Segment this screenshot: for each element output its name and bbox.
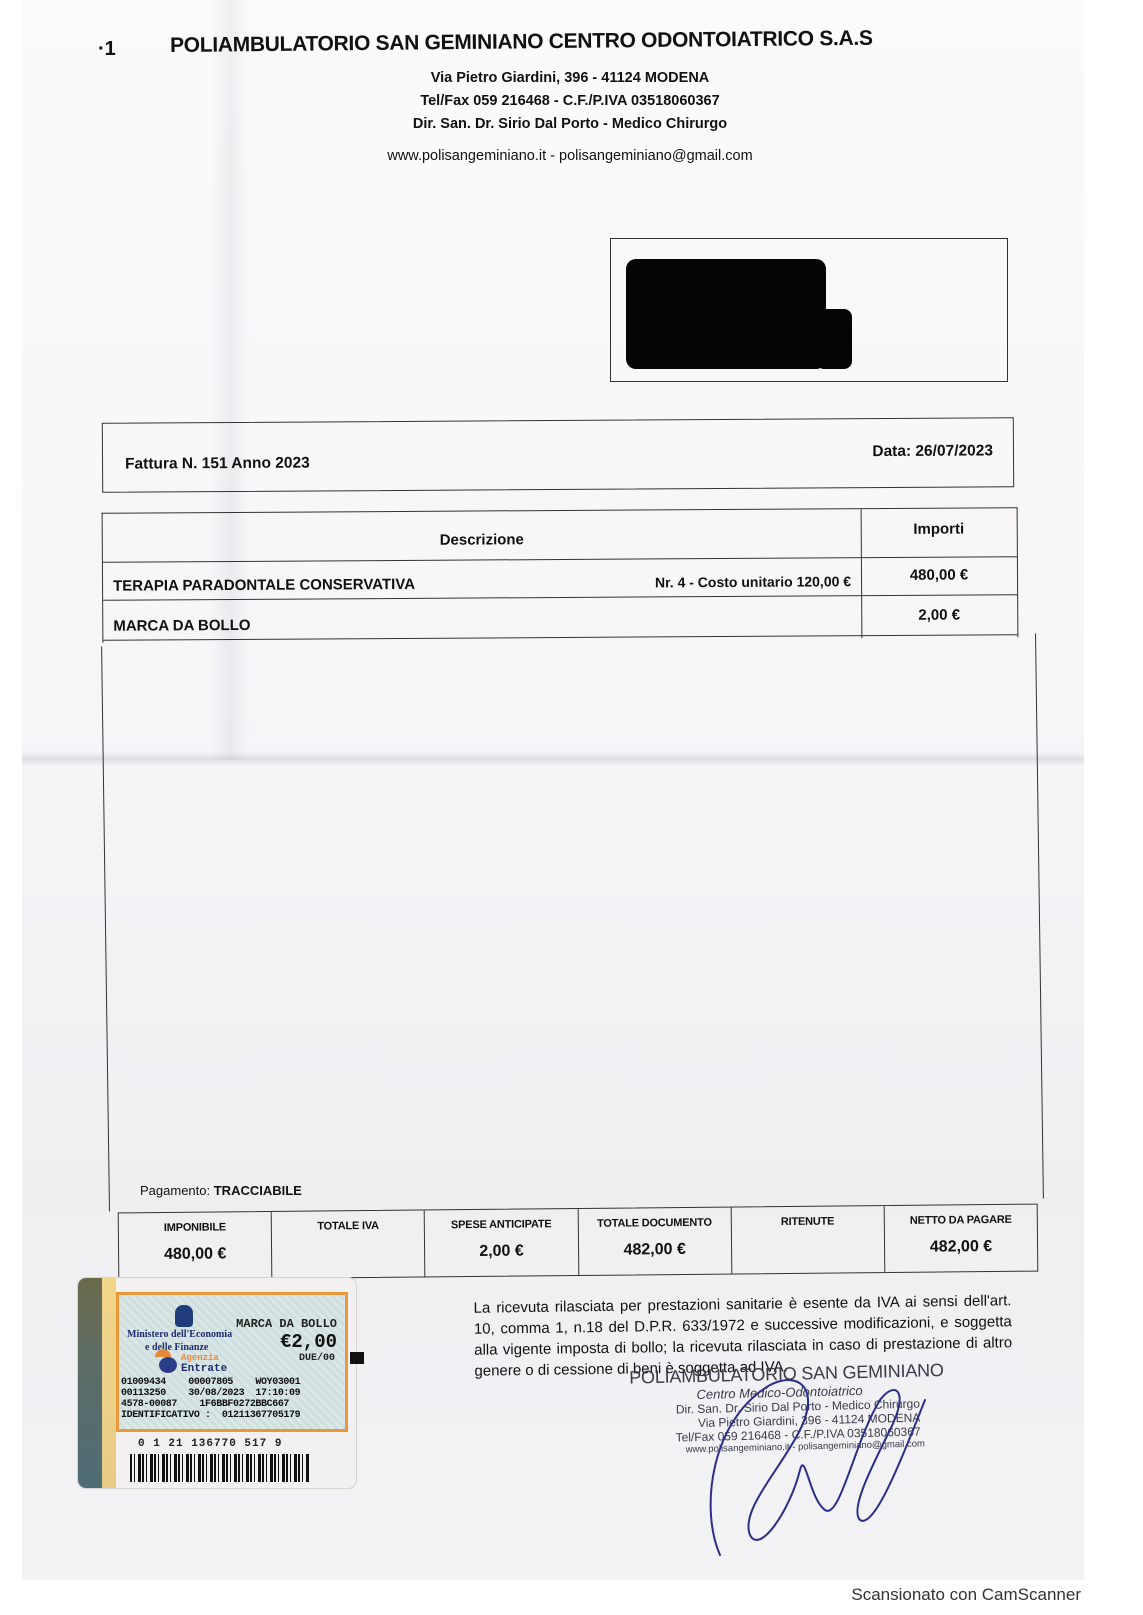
stamp-code-line: 4578-00087 1F6BBF0272BBC667 — [121, 1399, 345, 1410]
stamp-marker — [350, 1352, 364, 1364]
total-label: IMPONIBILE — [119, 1221, 271, 1234]
agenzia-entrate-logo-icon — [159, 1357, 177, 1373]
item-amount: 480,00 € — [861, 566, 1017, 584]
stamp-code-line: 01009434 00007805 WOY03001 — [121, 1377, 345, 1388]
stamp-code-line: IDENTIFICATIVO : 01211367705179 — [121, 1410, 345, 1421]
total-spese-anticipate: SPESE ANTICIPATE 2,00 € — [424, 1209, 578, 1276]
row-divider — [103, 594, 1017, 601]
stamp-hologram — [102, 1278, 116, 1488]
total-value — [272, 1243, 424, 1244]
revenue-stamp: Ministero dell'Economia e delle Finanze … — [78, 1278, 356, 1488]
clinic-web: www.polisangeminiano.it - polisangeminia… — [300, 148, 840, 164]
payment-label: Pagamento: — [140, 1183, 210, 1198]
barcode-number: 0 1 21 136770 517 9 — [138, 1438, 282, 1450]
stamp-title: MARCA DA BOLLO — [236, 1317, 337, 1331]
clinic-address: Via Pietro Giardini, 396 - 41124 MODENA — [300, 70, 840, 86]
invoice-number: Fattura N. 151 Anno 2023 — [125, 455, 310, 474]
payment-value: TRACCIABILE — [214, 1183, 302, 1198]
ministry-line-1: Ministero dell'Economia — [127, 1329, 232, 1340]
total-label: TOTALE DOCUMENTO — [578, 1217, 730, 1230]
barcode-icon — [130, 1454, 310, 1482]
total-value: 2,00 € — [425, 1242, 577, 1261]
redacted-recipient — [626, 259, 826, 369]
total-value — [732, 1239, 884, 1240]
invoice-header-bar: Fattura N. 151 Anno 2023 Data: 26/07/202… — [102, 417, 1014, 493]
stamp-strip — [78, 1278, 102, 1488]
total-label: TOTALE IVA — [272, 1219, 424, 1232]
stamp-code-line: 00113250 30/08/2023 17:10:09 — [121, 1388, 345, 1399]
totals-table: IMPONIBILE 480,00 € TOTALE IVA SPESE ANT… — [118, 1204, 1039, 1281]
stamp-panel: Ministero dell'Economia e delle Finanze … — [116, 1292, 348, 1432]
total-documento: TOTALE DOCUMENTO 482,00 € — [577, 1208, 731, 1275]
total-value: 480,00 € — [119, 1245, 271, 1264]
stamp-value-words: DUE/00 — [299, 1353, 335, 1364]
payment-method: Pagamento: TRACCIABILE — [140, 1183, 302, 1198]
item-description: TERAPIA PARADONTALE CONSERVATIVA — [113, 576, 415, 595]
total-imponibile: IMPONIBILE 480,00 € — [119, 1212, 272, 1279]
stamp-value: €2,00 — [280, 1331, 337, 1353]
agency-line-1: Agenzia — [181, 1353, 219, 1363]
ministry-line-2: e delle Finanze — [145, 1342, 208, 1353]
total-netto: NETTO DA PAGARE 482,00 € — [884, 1205, 1038, 1272]
row-divider — [103, 556, 1017, 563]
invoice-date: Data: 26/07/2023 — [872, 442, 993, 461]
agency-line-2: Entrate — [181, 1363, 227, 1375]
total-label: RITENUTE — [731, 1215, 883, 1228]
stamp-codes: 01009434 00007805 WOY0300100113250 30/08… — [121, 1377, 345, 1421]
republic-emblem-icon — [175, 1305, 193, 1327]
total-label: SPESE ANTICIPATE — [425, 1218, 577, 1231]
recipient-box — [610, 238, 1008, 382]
total-value: 482,00 € — [579, 1241, 731, 1260]
total-value: 482,00 € — [885, 1238, 1037, 1257]
items-body-frame — [101, 634, 1044, 1212]
item-amount: 2,00 € — [861, 606, 1017, 624]
items-table: Descrizione Importi TERAPIA PARADONTALE … — [102, 507, 1019, 643]
item-detail: Nr. 4 - Costo unitario 120,00 € — [655, 573, 851, 590]
total-label: NETTO DA PAGARE — [885, 1214, 1037, 1227]
total-ritenute: RITENUTE — [730, 1206, 884, 1273]
camscanner-footer: Scansionato con CamScanner — [851, 1585, 1081, 1605]
signature-icon — [680, 1360, 940, 1560]
clinic-contact: Tel/Fax 059 216468 - C.F./P.IVA 03518060… — [300, 93, 840, 109]
total-iva: TOTALE IVA — [271, 1210, 425, 1277]
pen-mark: ·1 — [98, 38, 116, 61]
item-description: MARCA DA BOLLO — [113, 617, 250, 635]
clinic-director: Dir. San. Dr. Sirio Dal Porto - Medico C… — [300, 116, 840, 132]
header-amount: Importi — [861, 520, 1017, 538]
header-description: Descrizione — [103, 529, 861, 551]
